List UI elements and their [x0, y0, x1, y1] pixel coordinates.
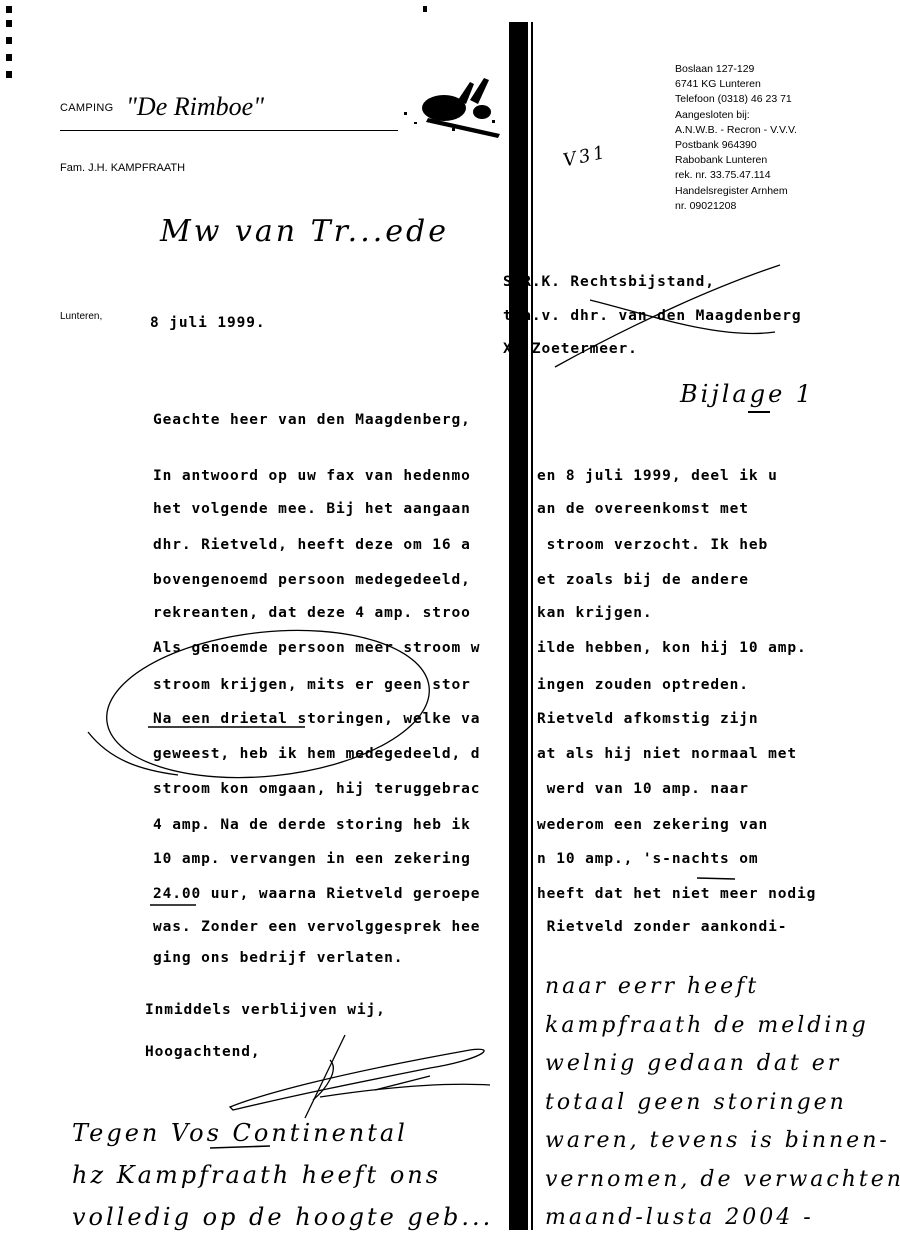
scan-fold-bar	[509, 22, 528, 1230]
letter-place: Lunteren,	[60, 311, 102, 322]
note-line: kampfraath de melding	[545, 1007, 900, 1046]
handwritten-right-note: naar eerr heeft kampfraath de melding we…	[545, 968, 900, 1238]
note-line: waren, tevens is binnen-	[545, 1122, 900, 1161]
campsite-name: "De Rimboe"	[126, 92, 264, 122]
note-line: naar eerr heeft	[545, 968, 900, 1007]
body-line: Als genoemde persoon meer stroom w	[153, 640, 480, 656]
body-line: het volgende mee. Bij het aangaan	[153, 501, 471, 517]
scan-fold-line	[531, 22, 533, 1230]
address-line: Rabobank Lunteren	[675, 153, 797, 168]
body-line: n 10 amp., 's-nachts om	[537, 851, 758, 867]
punch-mark	[6, 71, 12, 78]
body-line: stroom krijgen, mits er geen stor	[153, 677, 471, 693]
body-line: 4 amp. Na de derde storing heb ik	[153, 817, 471, 833]
punch-mark	[6, 54, 12, 61]
body-line: was. Zonder een vervolggesprek hee	[153, 919, 480, 935]
address-line: Aangesloten bij:	[675, 108, 797, 123]
signature	[230, 1049, 484, 1110]
signature	[320, 1084, 490, 1097]
signature	[313, 1060, 333, 1100]
recipient-line: X Zoetermeer.	[503, 341, 638, 357]
body-line: rekreanten, dat deze 4 amp. stroo	[153, 605, 471, 621]
salutation: Geachte heer van den Maagdenberg,	[153, 412, 471, 428]
note-line: Tegen Vos Continental	[72, 1112, 493, 1154]
address-line: nr. 09021208	[675, 199, 797, 214]
body-line: bovengenoemd persoon medegedeeld,	[153, 572, 471, 588]
punch-mark	[6, 37, 12, 44]
note-line: hz Kampfraath heeft ons	[72, 1154, 493, 1196]
body-line: 10 amp. vervangen in een zekering	[153, 851, 471, 867]
body-line: kan krijgen.	[537, 605, 653, 621]
address-line: Telefoon (0318) 46 23 71	[675, 92, 797, 107]
letter-date: 8 juli 1999.	[150, 315, 266, 331]
family-name: Fam. J.H. KAMPFRAATH	[60, 162, 185, 174]
body-line: Na een drietal storingen, welke va	[153, 711, 480, 727]
note-line: vernomen, de verwachten	[545, 1161, 900, 1200]
handwritten-bottom-note: Tegen Vos Continental hz Kampfraath heef…	[72, 1112, 493, 1238]
note-line: welnig gedaan dat er	[545, 1045, 900, 1084]
body-line: stroom verzocht. Ik heb	[537, 537, 768, 553]
address-block: Boslaan 127-129 6741 KG Lunteren Telefoo…	[675, 62, 797, 214]
body-line: heeft dat het niet meer nodig	[537, 886, 816, 902]
punch-mark	[6, 6, 12, 13]
campsite-prefix: CAMPING	[60, 102, 113, 114]
body-line: ging ons bedrijf verlaten.	[153, 950, 403, 966]
body-line: stroom kon omgaan, hij teruggebrac	[153, 781, 480, 797]
body-line: at als hij niet normaal met	[537, 746, 797, 762]
body-line: en 8 juli 1999, deel ik u	[537, 468, 778, 484]
scan-speck	[423, 6, 427, 12]
address-line: rek. nr. 33.75.47.114	[675, 168, 797, 183]
body-line: ingen zouden optreden.	[537, 677, 749, 693]
punch-mark	[6, 20, 12, 27]
handwritten-code: V31	[561, 142, 609, 172]
handwritten-attachment-note: Bijlage 1	[680, 380, 814, 408]
address-line: Postbank 964390	[675, 138, 797, 153]
letterhead-rule	[60, 130, 398, 131]
closing-line: Hoogachtend,	[145, 1044, 261, 1060]
body-line: wederom een zekering van	[537, 817, 768, 833]
signature	[305, 1035, 345, 1118]
body-line: et zoals bij de andere	[537, 572, 749, 588]
body-line: werd van 10 amp. naar	[537, 781, 749, 797]
handwritten-addressee: Mw van Tr...ede	[160, 214, 449, 249]
body-line: In antwoord op uw fax van hedenmo	[153, 468, 471, 484]
signature	[375, 1076, 430, 1090]
body-line: dhr. Rietveld, heeft deze om 16 a	[153, 537, 471, 553]
note-line: volledig op de hoogte geb...	[72, 1196, 493, 1238]
recipient-line: t.a.v. dhr. van den Maagdenberg	[503, 308, 802, 324]
address-line: A.N.W.B. - Recron - V.V.V.	[675, 123, 797, 138]
closing-line: Inmiddels verblijven wij,	[145, 1002, 386, 1018]
underline-mark	[697, 878, 735, 879]
address-line: Handelsregister Arnhem	[675, 184, 797, 199]
body-line: 24.00 uur, waarna Rietveld geroepe	[153, 886, 480, 902]
note-line: totaal geen storingen	[545, 1084, 900, 1123]
address-line: Boslaan 127-129	[675, 62, 797, 77]
address-line: 6741 KG Lunteren	[675, 77, 797, 92]
body-line: geweest, heb ik hem medegedeeld, d	[153, 746, 480, 762]
body-line: Rietveld afkomstig zijn	[537, 711, 758, 727]
body-line: an de overeenkomst met	[537, 501, 749, 517]
note-line: maand-lusta 2004 -	[545, 1199, 900, 1238]
recipient-line: S.R.K. Rechtsbijstand,	[503, 274, 715, 290]
body-line: Rietveld zonder aankondi-	[537, 919, 787, 935]
body-line: ilde hebben, kon hij 10 amp.	[537, 640, 807, 656]
